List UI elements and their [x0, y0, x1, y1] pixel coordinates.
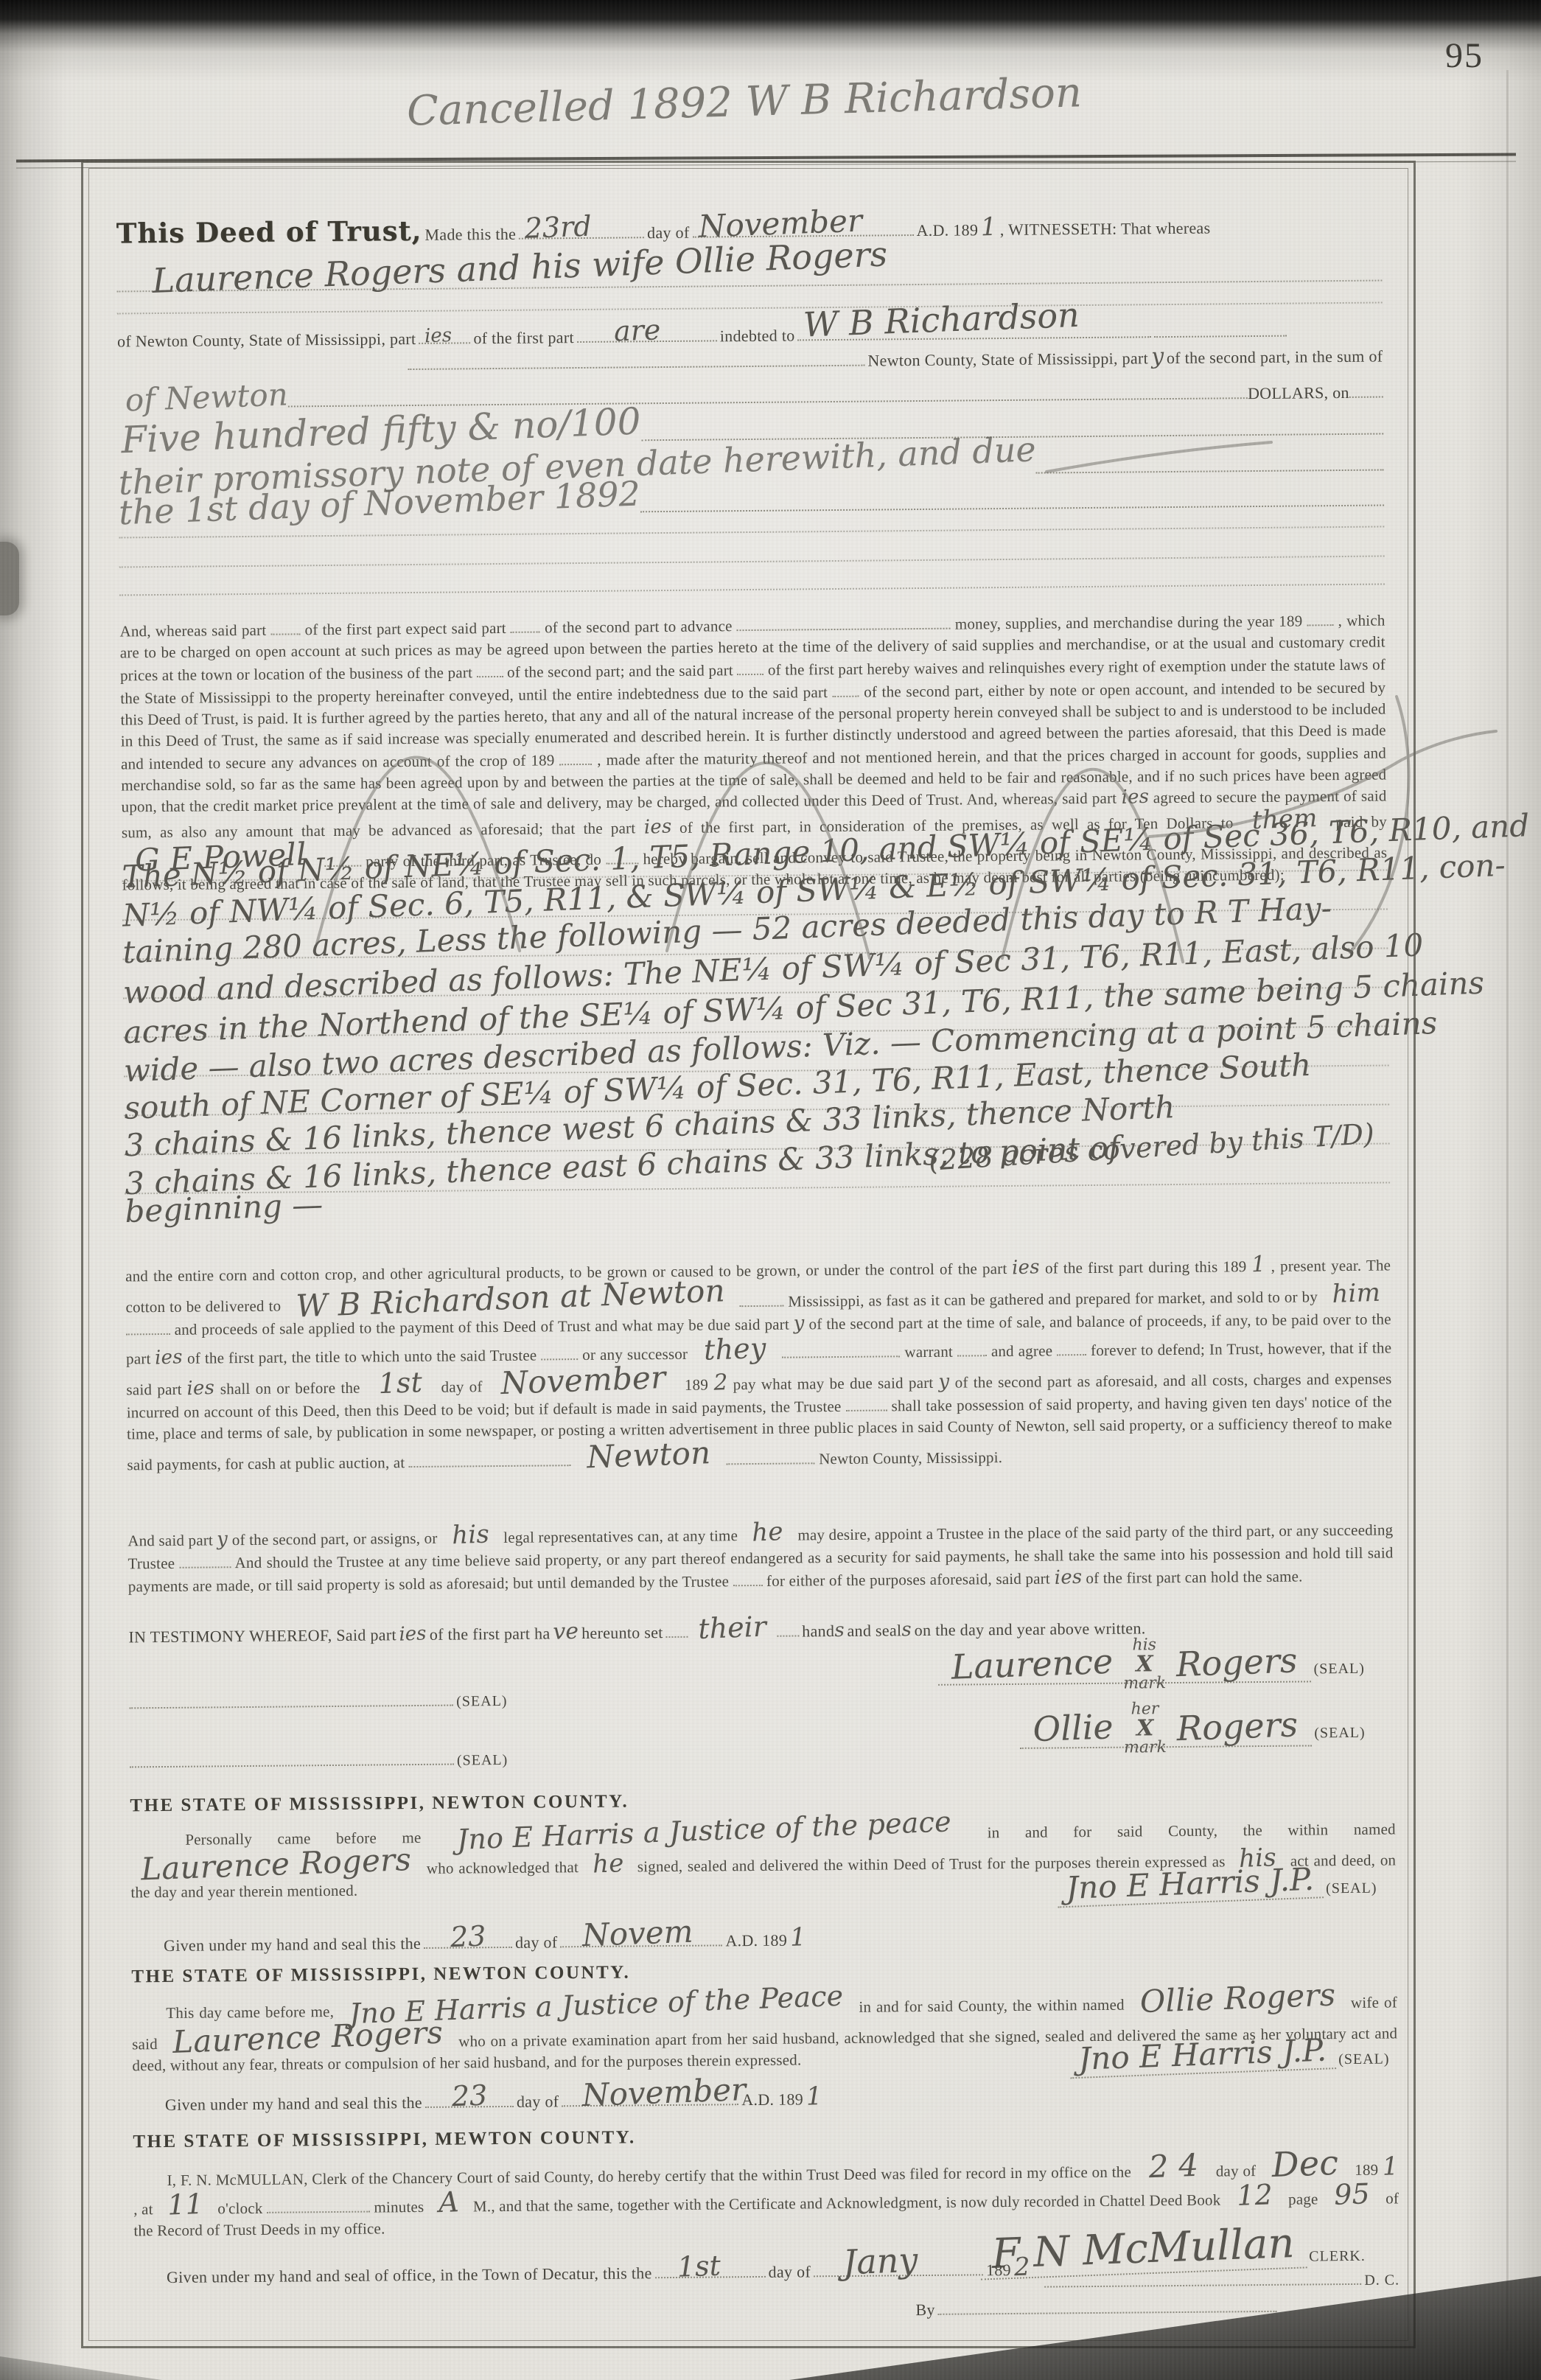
blank-field	[733, 1569, 762, 1586]
handwritten-date: 1st	[677, 2252, 721, 2280]
seal-label: (SEAL)	[457, 1752, 509, 1769]
crop-paragraph: and the entire corn and cotton crop, and…	[125, 1253, 1392, 1476]
print-segment: and proceeds of sale applied to the paym…	[175, 1316, 790, 1339]
scanned-deed-page: 95 Cancelled 1892 W B Richardson This De…	[0, 0, 1541, 2380]
deed-title: This Deed of Trust,	[116, 214, 422, 250]
seal-label: (SEAL)	[1338, 2051, 1390, 2068]
handwritten-plural: s	[901, 1621, 912, 1639]
handwritten-y: y	[938, 1372, 950, 1391]
print-segment: day of	[441, 1378, 483, 1395]
handwritten-his: his	[451, 1522, 489, 1547]
blank-field	[666, 1625, 688, 1638]
print-segment: minutes	[374, 2198, 424, 2216]
blank-field	[1057, 1339, 1086, 1355]
handwritten-day: 23rd	[524, 213, 592, 242]
handwritten-filing-month: Dec	[1271, 2147, 1339, 2182]
handwritten-ve: ve	[553, 1622, 579, 1644]
signature-jp: Jno E Harris J.P.	[1069, 2035, 1336, 2079]
handwritten-year: 1	[981, 215, 998, 240]
blank-field	[727, 1447, 815, 1465]
print-segment: day of	[517, 2092, 559, 2111]
handwritten-month: November	[582, 2075, 747, 2110]
handwritten-book: 12	[1236, 2181, 1273, 2209]
print-segment: who acknowledged that	[427, 1858, 579, 1877]
print-segment: A.D. 189	[916, 220, 978, 240]
blank-rule	[119, 555, 1385, 568]
handwritten-year: 1	[806, 2084, 822, 2109]
print-segment: I, F. N. McMULLAN, Clerk of the Chancery…	[167, 2163, 1131, 2189]
blank-field	[1154, 324, 1287, 338]
handwritten-ampm: A	[438, 2188, 459, 2216]
print-segment: and agree	[991, 1341, 1053, 1360]
handwritten-are: are	[613, 316, 661, 344]
blank-field	[640, 492, 1384, 512]
print-segment: Made this the	[424, 225, 516, 244]
blank-field	[267, 2196, 370, 2213]
print-segment: Newton County, Mississippi.	[819, 1448, 1002, 1468]
scan-corner-shadow-left	[0, 2351, 162, 2380]
blank-field	[1307, 609, 1333, 626]
blank-field	[559, 748, 592, 765]
print-segment: Given under my hand and seal this the	[165, 2093, 422, 2114]
print-segment: shall on or before the	[220, 1379, 360, 1398]
seal-label: (SEAL)	[1314, 1725, 1366, 1742]
handwritten-year: 1	[1251, 1254, 1266, 1276]
print-segment: of the second part, in the sum of	[1167, 346, 1383, 367]
print-segment: M., and that the same, together with the…	[473, 2191, 1221, 2216]
signature-laurence-rogers: LaurencehisXmarkRogers	[938, 1664, 1311, 1685]
handwritten-month: Novem	[582, 1917, 694, 1950]
print-segment: A.D. 189	[725, 1931, 787, 1950]
print-segment: of the second part to advance	[545, 617, 733, 636]
handwritten-y: y	[793, 1314, 805, 1333]
print-segment: warrant	[904, 1343, 953, 1361]
seal-label: (SEAL)	[1313, 1661, 1365, 1678]
handwritten-acknowledger: Laurence Rogers	[141, 1845, 412, 1884]
notary2-given-line: Given under my hand and seal this the 23…	[133, 2079, 1398, 2115]
handwritten-first-name: Laurence	[951, 1646, 1114, 1684]
print-segment: Given under my hand and seal this the	[164, 1934, 421, 1955]
blank-field: are	[577, 328, 717, 343]
print-segment: of the first part expect said part	[304, 619, 506, 638]
notary2-signature-row: Jno E Harris J.P. (SEAL)	[1069, 2039, 1389, 2076]
handwritten-due-day: 1st	[378, 1369, 423, 1397]
print-segment: 189	[685, 1376, 708, 1394]
print-segment: on the day and year above written.	[915, 1619, 1146, 1639]
spine-shadow	[0, 542, 19, 615]
blank-field: 23	[425, 2094, 514, 2108]
clerk-heading: THE STATE OF MISSISSIPPI, MEWTON COUNTY.	[133, 2121, 1398, 2152]
handwritten-him: him	[1332, 1281, 1381, 1307]
notary1-signature-row: Jno E Harris J.P. (SEAL)	[1057, 1868, 1377, 1905]
handwritten-ies: ies	[1012, 1258, 1041, 1277]
print-segment: and seal	[847, 1621, 901, 1640]
print-segment: in and for said County, the within named	[859, 1996, 1125, 2016]
print-segment: page	[1288, 2190, 1318, 2208]
handwritten-y: y	[217, 1530, 228, 1549]
handwritten-ies: ies	[187, 1379, 216, 1398]
blank-field	[1349, 384, 1383, 397]
handwritten-day: 23	[450, 1922, 486, 1950]
print-segment: of the first part during this 189	[1045, 1257, 1247, 1277]
seal-label: (SEAL)	[1326, 1880, 1377, 1897]
blank-field	[938, 2299, 1277, 2315]
blank-field	[737, 613, 951, 632]
print-segment: for either of the purposes aforesaid, sa…	[766, 1570, 1050, 1590]
print-segment: , WITNESSETH: That whereas	[1000, 219, 1211, 239]
print-segment: of	[1243, 2162, 1256, 2180]
handwritten-ies: ies	[155, 1348, 184, 1367]
grantors-line: Laurence Rogers and his wife Ollie Roger…	[116, 245, 1382, 293]
blank-field	[957, 1339, 987, 1356]
handwritten-first-name: Ollie	[1032, 1711, 1114, 1746]
handwritten-last-name: Rogers	[1176, 1709, 1299, 1745]
handwritten-page: 95	[1333, 2180, 1370, 2208]
blank-field	[179, 1551, 231, 1568]
print-segment: money, supplies, and merchandise during …	[955, 612, 1303, 632]
print-segment: DOLLARS, on	[1248, 383, 1349, 403]
blank-field	[476, 660, 503, 677]
print-segment: hand	[802, 1622, 834, 1640]
handwritten-sale-place: Newton	[587, 1438, 711, 1472]
document-frame: This Deed of Trust, Made this the 23rd d…	[81, 161, 1416, 2348]
handwritten-ies: ies	[1121, 788, 1150, 807]
print-segment: And said part	[127, 1531, 213, 1549]
print-segment: of the second part; and the said part	[507, 661, 733, 681]
handwritten-plural: s	[834, 1622, 845, 1640]
print-segment: of the first part	[473, 328, 574, 347]
blank-field	[833, 680, 859, 697]
property-description: The N½ of N½ of NE¼ of Sec. 1, T5, Range…	[122, 831, 1391, 1232]
blank-field	[288, 385, 1248, 407]
handwritten-due-month: November	[500, 1363, 666, 1398]
handwritten-last-name: Rogers	[1175, 1644, 1298, 1681]
print-segment: indebted to	[720, 326, 795, 345]
dc-label: D. C.	[1364, 2272, 1400, 2288]
handwritten-due-year: 2	[713, 1372, 728, 1394]
print-segment: And, whereas said part	[119, 621, 266, 641]
blank-field	[737, 658, 763, 675]
blank-field: 23rd	[519, 225, 644, 239]
appoint-paragraph: And said part y of the second part, or a…	[127, 1515, 1394, 1597]
blank-field: November	[562, 2092, 738, 2107]
handwritten-day: 23	[451, 2081, 488, 2109]
print-segment: in and for said County, the within named	[988, 1820, 1396, 1841]
print-segment: Newton County, State of Mississippi, par…	[867, 349, 1148, 369]
handwritten-they: they	[703, 1335, 766, 1364]
print-segment: 189	[1355, 2161, 1378, 2179]
print-segment: A.D. 189	[741, 2090, 803, 2109]
print-segment: day of	[515, 1933, 558, 1952]
handwritten-creditor: W B Richardson	[803, 299, 1080, 341]
blank-field	[408, 353, 864, 370]
blank-field	[126, 1318, 170, 1336]
print-segment: day of	[647, 223, 690, 242]
handwritten-month: Jany	[842, 2244, 918, 2279]
blank-field	[129, 1693, 453, 1709]
print-segment: Mississippi, as fast as it can be gather…	[788, 1288, 1318, 1310]
document-content: This Deed of Trust, Made this the 23rd d…	[83, 157, 1433, 2352]
handwritten-filing-day: 2 4	[1148, 2151, 1199, 2182]
blank-field	[1044, 2272, 1361, 2288]
blank-field	[782, 1340, 900, 1358]
blank-field: W B Richardson	[797, 324, 1151, 341]
blank-field	[845, 1394, 887, 1411]
handwritten-acknowledger: Ollie Rogers	[1139, 1980, 1336, 2017]
print-segment: day	[1216, 2162, 1239, 2180]
handwritten-filing-year: 1	[1382, 2154, 1399, 2179]
blank-field: 23	[424, 1935, 512, 1949]
blank-field	[130, 1752, 454, 1768]
print-segment: IN TESTIMONY WHEREOF, Said part	[128, 1625, 396, 1646]
print-segment: of the first part ha	[430, 1624, 551, 1643]
blank-field: ies	[419, 330, 470, 344]
handwritten-year: 1	[789, 1925, 806, 1950]
handwritten-y: y	[1150, 346, 1164, 368]
print-segment: o'clock	[217, 2199, 262, 2218]
print-segment: pay what may be due said part	[733, 1374, 934, 1393]
blank-rule	[119, 583, 1385, 596]
blank-field	[541, 1343, 578, 1360]
handwritten-hour: 11	[167, 2191, 203, 2219]
signature-jp: Jno E Harris J.P.	[1057, 1864, 1324, 1908]
notary1-given-line: Given under my hand and seal this the 23…	[131, 1920, 1397, 1955]
cancellation-note: Cancelled 1892 W B Richardson	[316, 71, 1172, 134]
blank-field	[739, 1290, 783, 1308]
blank-field	[511, 615, 540, 632]
blank-field	[777, 1623, 799, 1636]
blank-field	[409, 1449, 571, 1468]
handwritten-ies: ies	[424, 327, 452, 346]
print-segment: , at	[133, 2200, 153, 2218]
print-segment: of the second part, or assigns, or	[232, 1529, 438, 1549]
print-segment: of the first part can hold the same.	[1086, 1568, 1302, 1588]
by-label: By	[915, 2300, 934, 2319]
handwritten-ies: ies	[643, 817, 672, 837]
handwritten-ies: ies	[399, 1625, 427, 1644]
blank-field	[1036, 457, 1384, 473]
handwritten-of-newton: of Newton	[125, 380, 288, 415]
blank-field: Novem	[560, 1933, 722, 1947]
page-number: 95	[1445, 35, 1484, 76]
handwritten-husband: Laurence Rogers	[172, 2018, 444, 2057]
handwritten-ies: ies	[1054, 1568, 1083, 1588]
his-mark: hisXmark	[1123, 1637, 1166, 1692]
print-segment: of the first part, the title to which un…	[187, 1347, 537, 1367]
handwritten-he: he	[752, 1520, 784, 1545]
print-segment: hereunto set	[581, 1623, 663, 1642]
blank-rule	[119, 526, 1384, 538]
handwritten-he: he	[592, 1852, 624, 1877]
blank-field	[270, 618, 300, 635]
print-segment: of Newton County, State of Mississippi, …	[117, 329, 416, 351]
handwritten-property-line: beginning —	[125, 1190, 324, 1226]
page-edge-line	[1506, 70, 1509, 2351]
blank-rule	[117, 302, 1383, 315]
note-line-2: the 1st day of November 1892	[119, 478, 1384, 522]
print-segment: legal representatives can, at any time	[503, 1526, 738, 1546]
handwritten-officer: Jno E Harris a Justice of the peace	[457, 1808, 952, 1853]
handwritten-their: their	[698, 1613, 767, 1642]
